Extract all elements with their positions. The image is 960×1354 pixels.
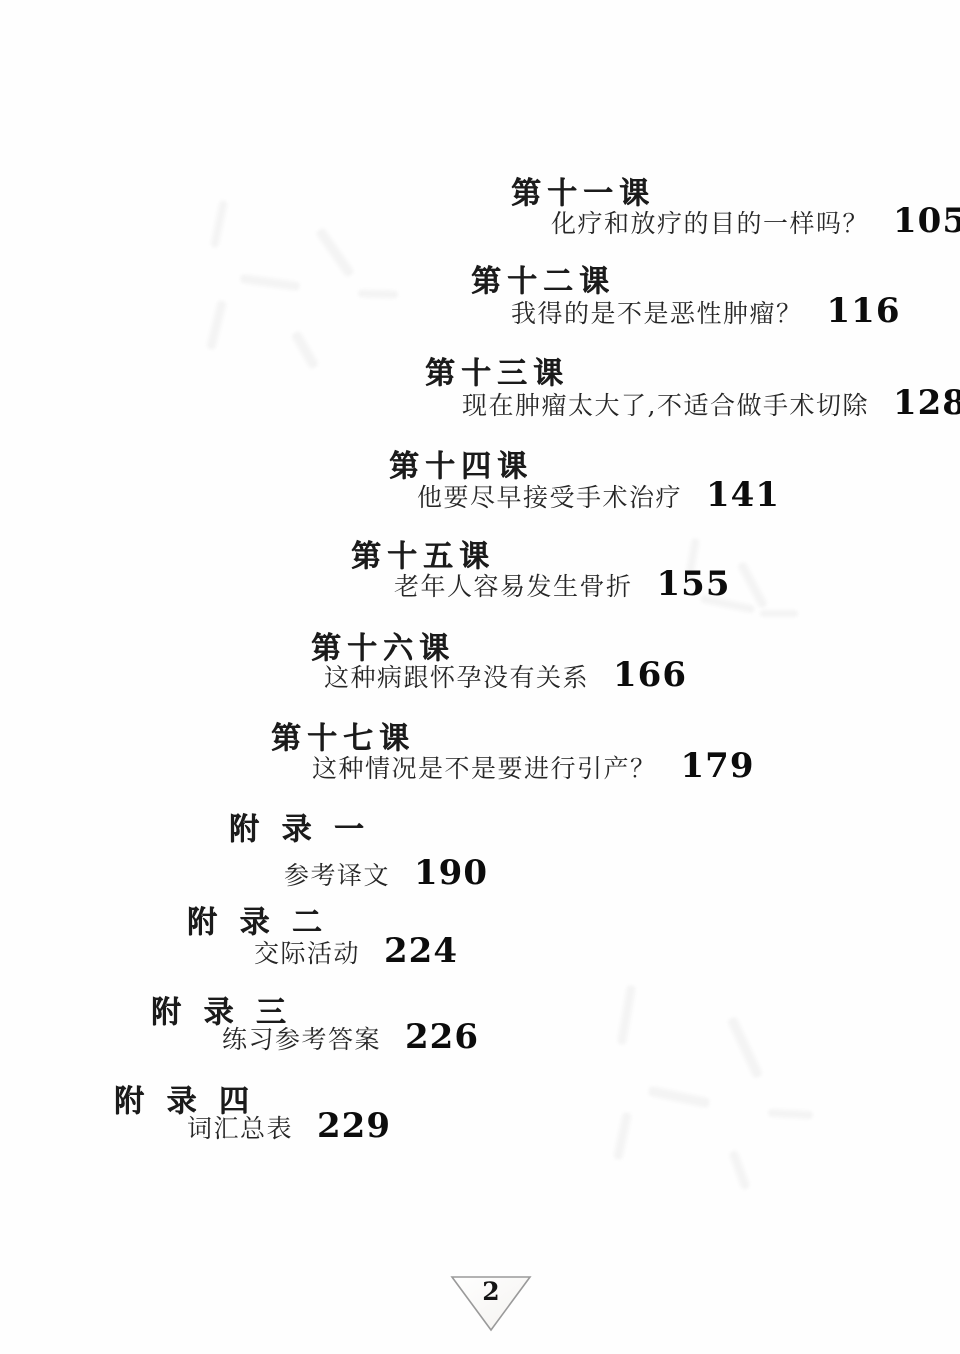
toc-entry-row: 现在肿瘤太大了,不适合做手术切除 128 bbox=[462, 383, 960, 423]
toc-entry-subtitle: 参考译文 bbox=[284, 856, 390, 892]
toc-entry-subtitle: 老年人容易发生骨折 bbox=[394, 567, 633, 603]
scan-artifact bbox=[648, 1086, 711, 1109]
scan-artifact bbox=[206, 300, 227, 351]
toc-entry-page-number: 166 bbox=[613, 655, 687, 695]
toc-entry-page-number: 155 bbox=[657, 564, 731, 604]
toc-entry-row: 参考译文 190 bbox=[284, 853, 488, 893]
scan-artifact bbox=[728, 1150, 750, 1191]
toc-entry-subtitle: 化疗和放疗的目的一样吗？ bbox=[551, 204, 869, 240]
toc-entry-row: 这种情况是不是要进行引产？ 179 bbox=[312, 746, 755, 786]
toc-entry-page-number: 224 bbox=[384, 931, 458, 971]
toc-entry-subtitle: 练习参考答案 bbox=[222, 1020, 381, 1056]
toc-entry-title: 附 录 一 bbox=[229, 804, 370, 848]
toc-entry-subtitle: 交际活动 bbox=[254, 934, 360, 970]
toc-entry-subtitle: 他要尽早接受手术治疗 bbox=[417, 478, 682, 514]
toc-entry-row: 练习参考答案 226 bbox=[222, 1017, 479, 1057]
toc-entry-page-number: 179 bbox=[681, 746, 755, 786]
toc-entry-row: 老年人容易发生骨折 155 bbox=[394, 564, 731, 604]
toc-entry-row: 交际活动 224 bbox=[254, 931, 458, 971]
toc-entry-row: 化疗和放疗的目的一样吗？ 105 bbox=[551, 201, 960, 241]
page-number-marker: 2 bbox=[449, 1274, 533, 1334]
toc-entry-row: 这种病跟怀孕没有关系 166 bbox=[324, 655, 687, 695]
footer-page-number: 2 bbox=[449, 1277, 533, 1306]
scan-artifact bbox=[768, 1109, 813, 1119]
scan-artifact bbox=[358, 289, 398, 298]
toc-entry-page-number: 105 bbox=[893, 201, 960, 241]
toc-entry-page-number: 116 bbox=[827, 291, 901, 331]
scan-artifact bbox=[617, 985, 636, 1046]
toc-entry-subtitle: 词汇总表 bbox=[187, 1109, 293, 1145]
toc-page: 第十一课 化疗和放疗的目的一样吗？ 105 第十二课 我得的是不是恶性肿瘤？ 1… bbox=[0, 0, 960, 1354]
toc-entry-page-number: 141 bbox=[706, 475, 780, 515]
scan-artifact bbox=[613, 1112, 632, 1161]
toc-entry-row: 他要尽早接受手术治疗 141 bbox=[417, 475, 780, 515]
scan-artifact bbox=[210, 200, 228, 249]
toc-entry-page-number: 226 bbox=[405, 1017, 479, 1057]
scan-artifact bbox=[737, 561, 768, 609]
toc-entry-page-number: 190 bbox=[414, 853, 488, 893]
scan-artifact bbox=[240, 274, 301, 291]
toc-entry-row: 我得的是不是恶性肿瘤？ 116 bbox=[511, 291, 901, 331]
toc-entry-subtitle: 这种病跟怀孕没有关系 bbox=[324, 658, 589, 694]
toc-entry-subtitle: 我得的是不是恶性肿瘤？ bbox=[511, 294, 803, 330]
toc-entry-subtitle: 这种情况是不是要进行引产？ bbox=[312, 749, 657, 785]
toc-entry-row: 词汇总表 229 bbox=[187, 1106, 391, 1146]
scan-artifact bbox=[760, 610, 798, 617]
toc-entry-page-number: 229 bbox=[317, 1106, 391, 1146]
scan-artifact bbox=[315, 227, 355, 278]
scan-artifact bbox=[727, 1016, 764, 1079]
scan-artifact bbox=[291, 330, 320, 370]
toc-entry-page-number: 128 bbox=[893, 383, 960, 423]
toc-entry-subtitle: 现在肿瘤太大了,不适合做手术切除 bbox=[462, 386, 869, 422]
